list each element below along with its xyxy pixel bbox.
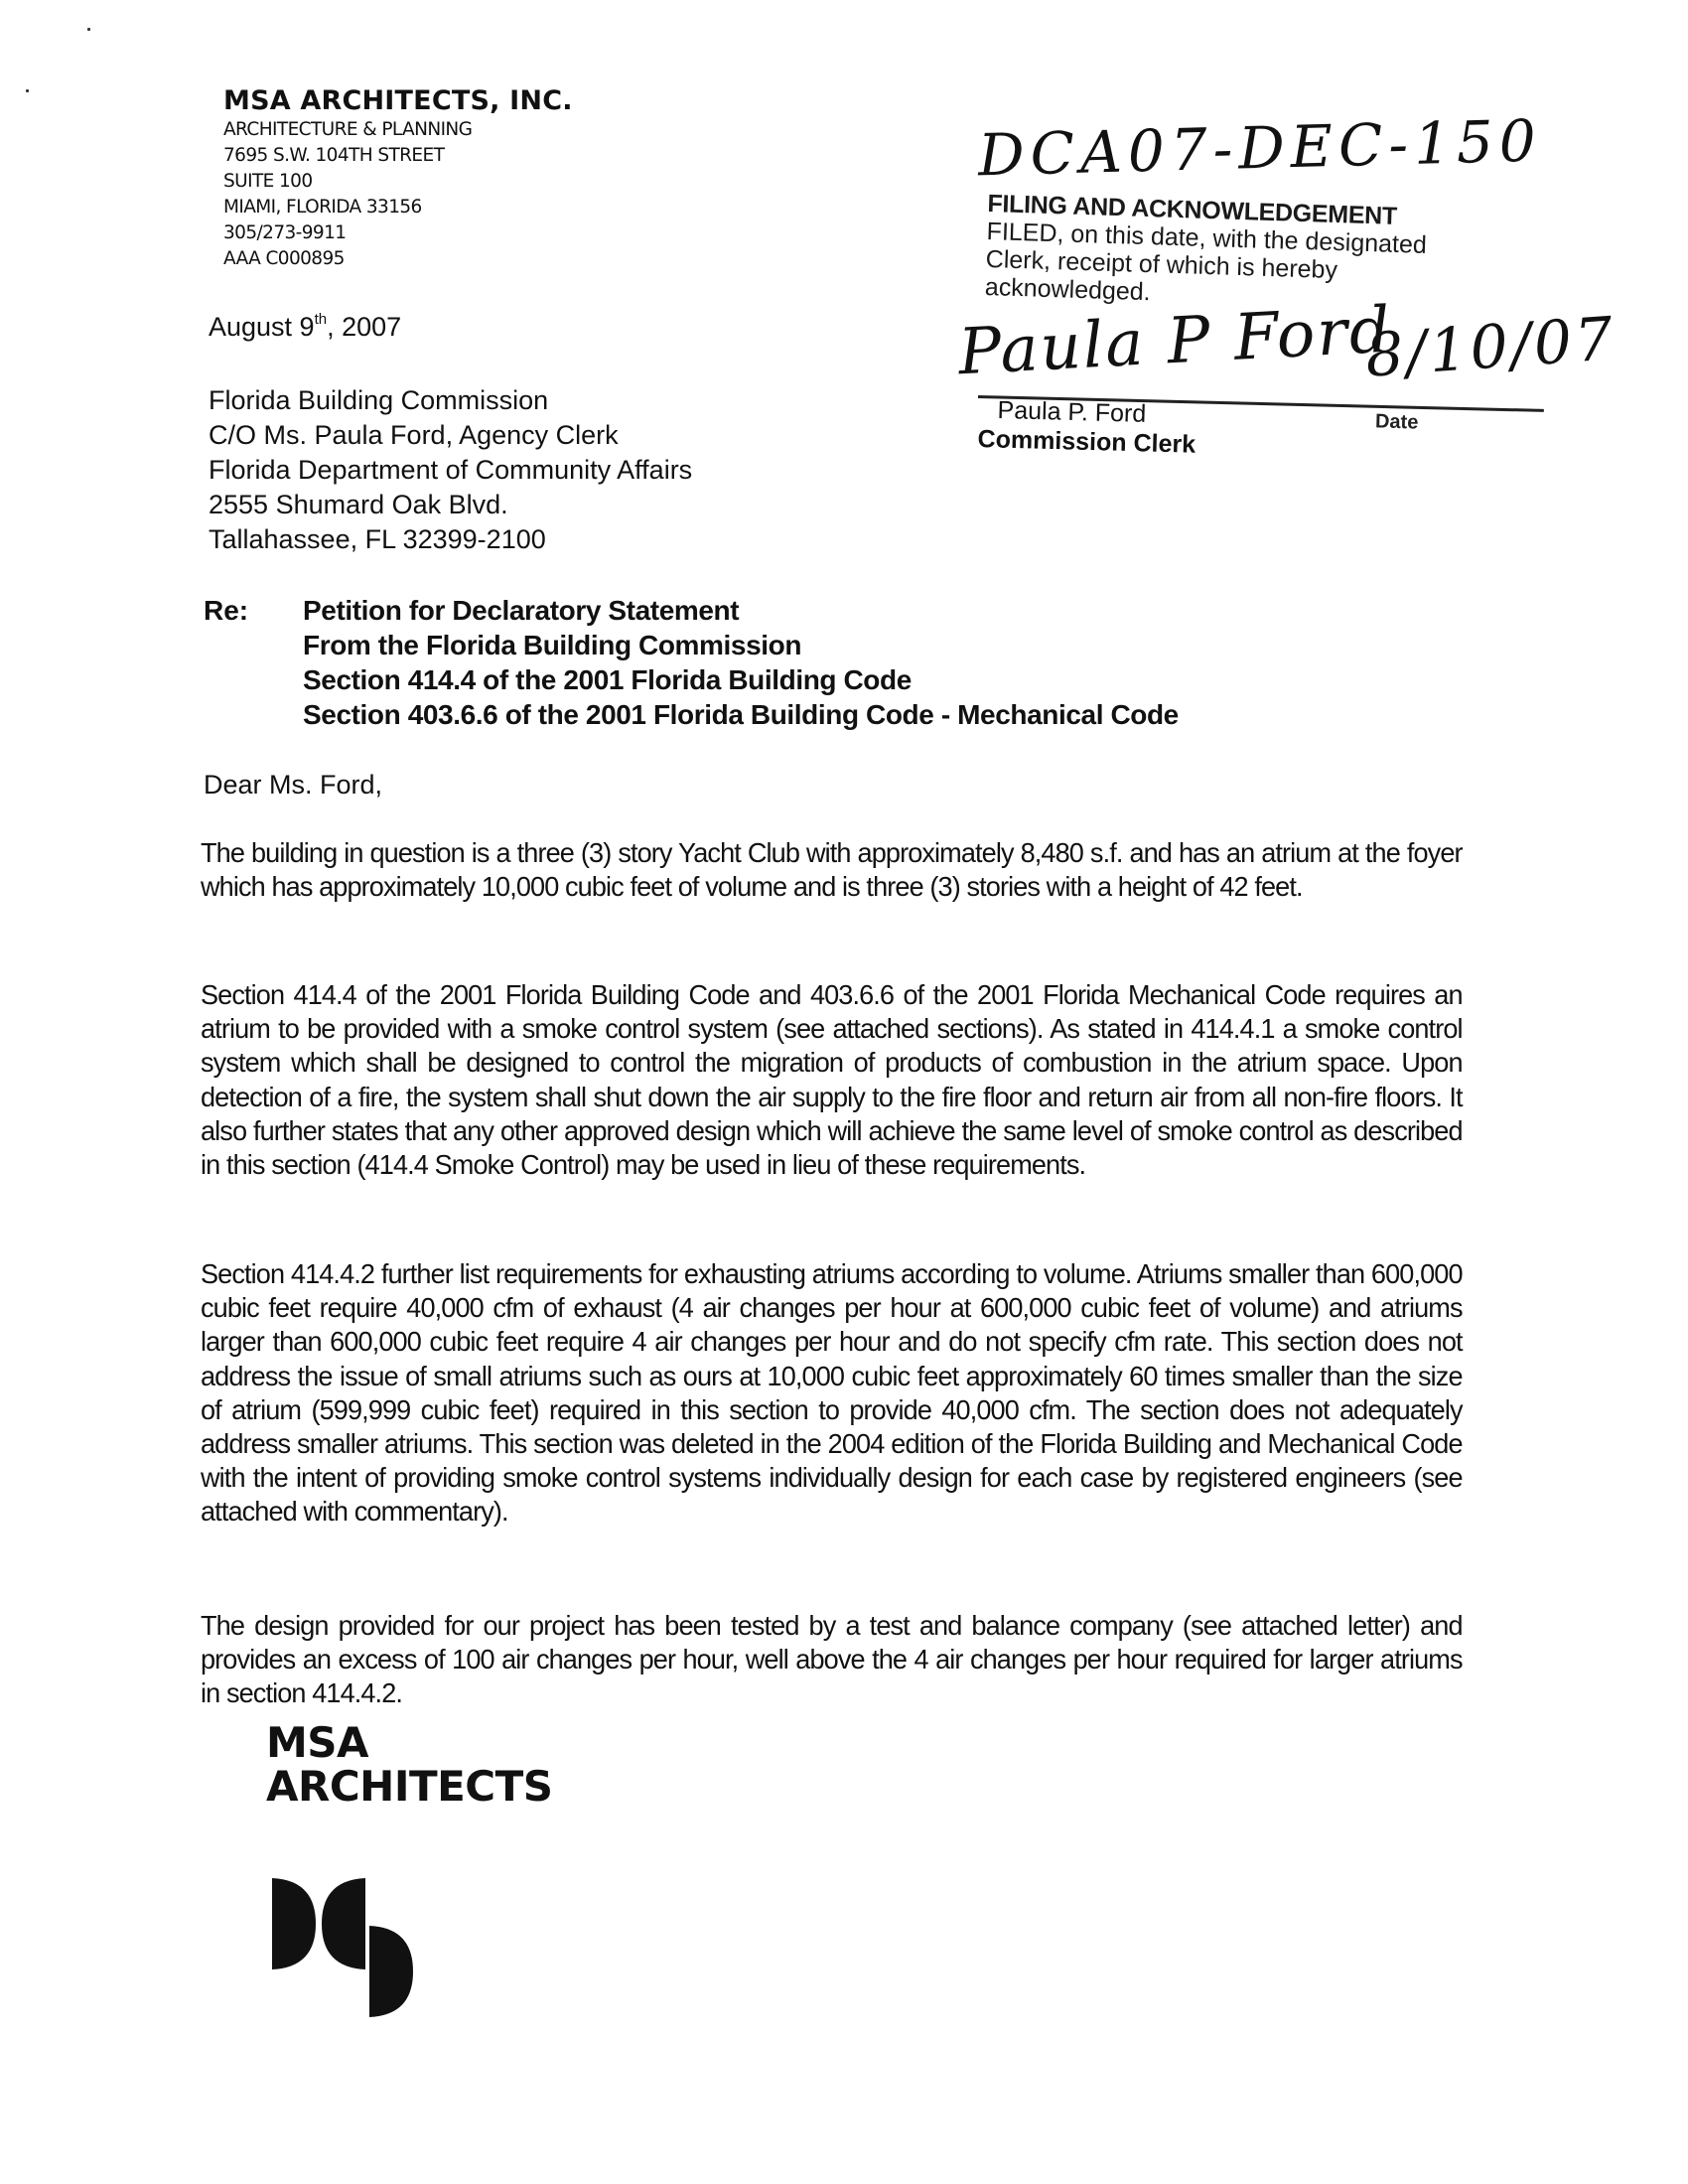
letterhead-street: 7695 S.W. 104TH STREET: [223, 143, 573, 169]
logo-line-2: ARCHITECTS: [266, 1765, 553, 1809]
recipient-line: Florida Department of Community Affairs: [209, 453, 692, 488]
recipient-address: Florida Building Commission C/O Ms. Paul…: [209, 383, 692, 557]
recipient-line: C/O Ms. Paula Ford, Agency Clerk: [209, 418, 692, 453]
subject-line: Petition for Declaratory Statement: [303, 593, 1179, 628]
subject-line: Section 414.4 of the 2001 Florida Buildi…: [303, 662, 1179, 697]
company-logo: MSA ARCHITECTS: [266, 1721, 553, 1809]
date-day: August 9: [209, 312, 315, 342]
date-label: Date: [1375, 410, 1419, 434]
letterhead-suite: SUITE 100: [223, 169, 573, 195]
body-paragraph-4: The design provided for our project has …: [201, 1609, 1463, 1711]
clerk-title: Commission Clerk: [977, 425, 1196, 460]
signed-date: 8/10/07: [1363, 304, 1618, 390]
subject-lines: Petition for Declaratory Statement From …: [303, 593, 1179, 732]
scan-speck: [87, 28, 90, 31]
letterhead-phone: 305/273-9911: [223, 220, 573, 246]
recipient-line: Florida Building Commission: [209, 383, 692, 418]
date-year: , 2007: [327, 312, 401, 342]
subject-line: From the Florida Building Commission: [303, 628, 1179, 662]
subject-label: Re:: [204, 593, 248, 628]
date-ordinal: th: [315, 311, 328, 328]
letterhead-license: AAA C000895: [223, 246, 573, 272]
msa-half-circles-mark-icon: [268, 1872, 427, 2021]
logo-line-1: MSA: [266, 1721, 553, 1765]
recipient-line: Tallahassee, FL 32399-2100: [209, 522, 692, 557]
letter-date: August 9th, 2007: [209, 310, 401, 345]
body-paragraph-3: Section 414.4.2 further list requirement…: [201, 1257, 1463, 1529]
filing-stamp: DCA07-DEC-150 FILING AND ACKNOWLEDGEMENT…: [978, 114, 1594, 432]
clerk-name: Paula P. Ford: [997, 396, 1146, 428]
docket-number: DCA07-DEC-150: [977, 107, 1542, 190]
letterhead-company: MSA ARCHITECTS, INC.: [223, 87, 573, 114]
letterhead: MSA ARCHITECTS, INC. ARCHITECTURE & PLAN…: [223, 87, 573, 272]
subject-line: Section 403.6.6 of the 2001 Florida Buil…: [303, 697, 1179, 732]
recipient-line: 2555 Shumard Oak Blvd.: [209, 488, 692, 522]
scan-speck: [26, 89, 29, 92]
body-paragraph-2: Section 414.4 of the 2001 Florida Buildi…: [201, 978, 1463, 1182]
body-paragraph-1: The building in question is a three (3) …: [201, 836, 1463, 904]
clerk-signature: Paula P Ford: [956, 294, 1393, 390]
letterhead-tagline: ARCHITECTURE & PLANNING: [223, 117, 573, 143]
letterhead-city: MIAMI, FLORIDA 33156: [223, 195, 573, 220]
salutation: Dear Ms. Ford,: [204, 768, 382, 802]
